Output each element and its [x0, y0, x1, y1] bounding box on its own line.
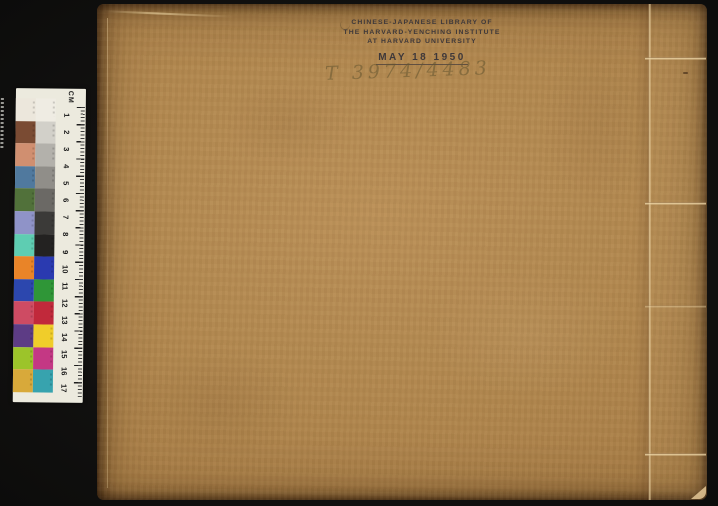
stamp-line-2: THE HARVARD-YENCHING INSTITUTE	[309, 28, 535, 38]
top-edge-highlight	[105, 10, 235, 18]
ruler-number: 5	[57, 174, 74, 192]
color-patch	[13, 369, 33, 392]
flap-crease	[645, 305, 706, 308]
color-patch	[14, 211, 34, 234]
ruler-number: 12	[56, 294, 73, 312]
color-patch	[34, 234, 54, 257]
fold-shadow	[635, 4, 648, 500]
color-patch	[14, 279, 34, 302]
ruler-number: 10	[56, 260, 73, 278]
color-patch	[15, 143, 35, 166]
ruler-number: 6	[57, 191, 74, 209]
paper-speck	[683, 72, 688, 74]
color-patch	[14, 234, 34, 257]
stamp-line-3: AT HARVARD UNIVERSITY	[309, 37, 535, 47]
library-stamp: CHINESE-JAPANESE LIBRARY OF THE HARVARD-…	[309, 18, 535, 65]
color-patch	[35, 144, 55, 167]
ruler-number: 7	[57, 209, 74, 227]
color-patch	[14, 302, 34, 325]
color-patch	[35, 189, 55, 212]
ruler-tick-marks	[74, 107, 85, 397]
flap-crease	[645, 453, 706, 456]
ruler-unit-label: CM	[67, 91, 74, 104]
ruler-number: 16	[55, 362, 72, 380]
ruler-number: 17	[55, 379, 72, 397]
color-patch	[14, 256, 34, 279]
illegible-vertical-label	[0, 98, 4, 150]
ruler-number: 15	[56, 345, 73, 363]
calibration-target: CM 1234567891011121314151617	[0, 88, 90, 407]
color-patch	[34, 279, 54, 302]
color-patch	[36, 98, 56, 121]
ruler-number: 3	[58, 140, 75, 158]
ruler-number: 14	[56, 328, 73, 346]
ruler: CM 1234567891011121314151617	[55, 91, 86, 401]
ruler-number: 1	[58, 106, 75, 124]
flap-crease	[645, 57, 706, 60]
color-patch	[35, 121, 55, 144]
color-patch	[15, 121, 35, 144]
patch-columns	[13, 98, 56, 392]
color-patch	[16, 98, 36, 121]
color-patch	[15, 166, 35, 189]
ruler-number: 13	[56, 311, 73, 329]
digitized-photo-stage: CM 1234567891011121314151617 CHINESE-JAP…	[0, 0, 718, 506]
color-patch	[35, 166, 55, 189]
book-back-cover: CHINESE-JAPANESE LIBRARY OF THE HARVARD-…	[97, 4, 707, 500]
color-patch	[34, 302, 54, 325]
color-patch	[34, 211, 54, 234]
color-patch	[13, 347, 33, 370]
color-patch	[15, 189, 35, 212]
left-edge-crease	[107, 18, 108, 488]
color-patch	[34, 257, 54, 280]
right-flap	[651, 4, 707, 500]
stamp-line-1: CHINESE-JAPANESE LIBRARY OF	[309, 18, 535, 28]
color-patch	[13, 324, 33, 347]
ruler-number: 8	[57, 226, 74, 244]
flap-crease	[645, 202, 706, 205]
worn-corner	[691, 486, 706, 499]
ruler-number: 2	[58, 123, 75, 141]
ruler-number: 4	[58, 157, 75, 175]
gray-and-primary-patch-column	[33, 98, 56, 392]
ruler-numbers: 1234567891011121314151617	[55, 107, 76, 397]
ruler-number: 11	[56, 277, 73, 295]
color-patch	[33, 347, 53, 370]
pencil-call-number: T 3974/4483	[325, 57, 491, 85]
ruler-number: 9	[57, 243, 74, 261]
color-patch	[33, 370, 53, 393]
color-patch	[33, 324, 53, 347]
